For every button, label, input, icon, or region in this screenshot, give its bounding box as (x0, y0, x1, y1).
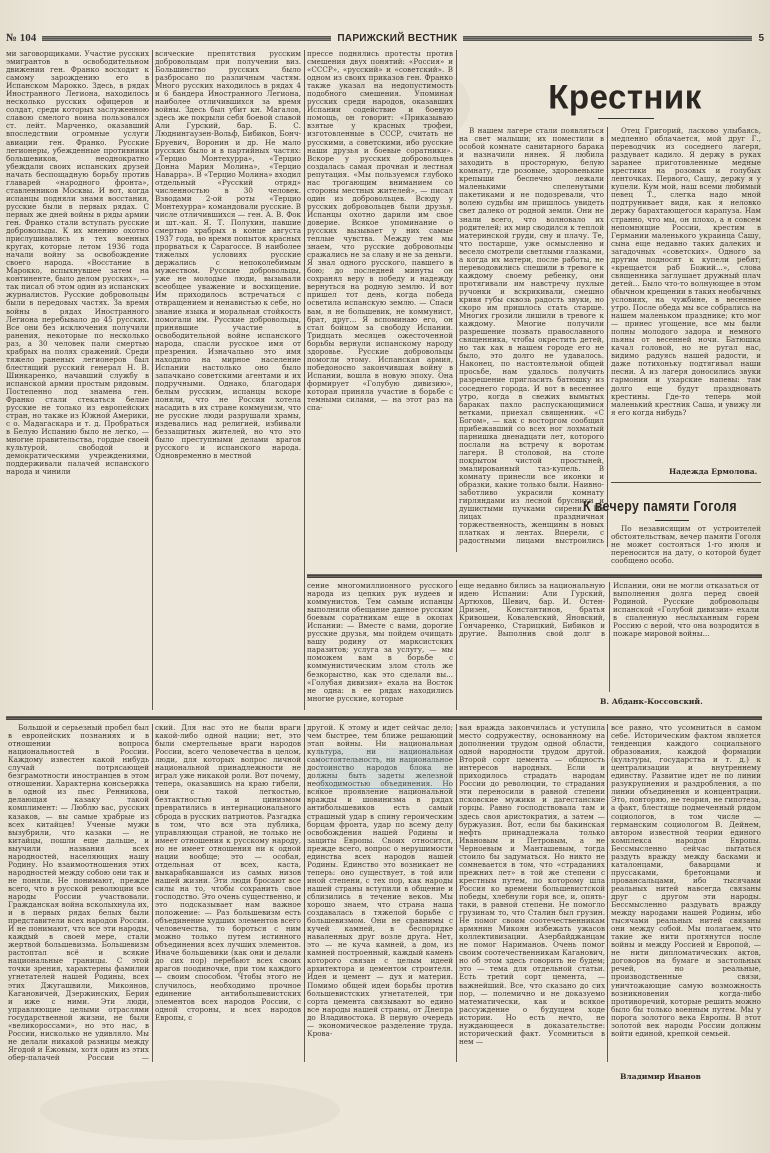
column-divider (456, 580, 457, 710)
bottom-article-signature: Владимир Иванов (620, 1072, 701, 1081)
column-divider (456, 724, 457, 1062)
newspaper-page: № 104 ПАРИЖСКИЙ ВЕСТНИК 5 ми заговорщика… (0, 0, 770, 1153)
krestnik-signature: Надежда Ермолова. (669, 467, 757, 476)
top-article-column-2: всяческие препятствия русским добровольц… (155, 50, 301, 710)
article-text: всяческие препятствия русским добровольц… (155, 50, 301, 460)
krestnik-column-1: В нашем лагере стали появляться на свет … (459, 127, 604, 547)
page-number: 5 (758, 33, 764, 44)
bottom-article-column-1: Большой и серьезный пробел был в европей… (8, 724, 149, 1062)
article-text: все равно, что усомниться в самом себе. … (611, 724, 761, 1038)
bottom-article-column-5: все равно, что усомниться в самом себе. … (611, 724, 761, 1064)
top-article-column-3: прессе поднялись протесты против смешени… (307, 50, 453, 548)
masthead-rule-right (463, 36, 752, 41)
newspaper-title: ПАРИЖСКИЙ ВЕСТНИК (337, 33, 457, 44)
title-underline (655, 520, 689, 521)
story-text: Отец Григорий, ласково улыбаясь, медленн… (611, 127, 761, 417)
article-signature: В. Абданк-Коссовский. (600, 697, 703, 706)
article-text: ми заговорщиками. Участие русских эмигра… (6, 50, 149, 476)
article-text: сение многомиллионного русского народа и… (307, 582, 453, 703)
top-article-continuation-column-2: еще недавно бились за национальную идею … (459, 582, 759, 692)
column-divider (152, 724, 153, 1062)
top-article-column-1: ми заговорщиками. Участие русских эмигра… (6, 50, 149, 710)
column-divider (304, 50, 305, 710)
krestnik-title: Крестник (500, 77, 750, 117)
notice-text: По независящим от устроителей обстоятель… (611, 525, 761, 565)
paper-stain (40, 1080, 340, 1140)
story-text: В нашем лагере стали появляться на свет … (459, 127, 604, 547)
section-rule (6, 716, 762, 720)
article-text: еще недавно бились за национальную идею … (459, 582, 759, 638)
section-divider (611, 482, 761, 483)
bottom-article-column-2: ский. Для нас это не были враги какой-ли… (155, 724, 301, 1062)
issue-number: № 104 (6, 32, 36, 44)
title-underline (598, 118, 654, 119)
article-text: Большой и серьезный пробел был в европей… (8, 724, 149, 1062)
column-divider (304, 724, 305, 1062)
masthead: № 104 ПАРИЖСКИЙ ВЕСТНИК 5 (6, 30, 764, 46)
article-text: ский. Для нас это не были враги какой-ли… (155, 724, 301, 1022)
article-text: вая вражда закончилась и уступила место … (459, 724, 605, 1046)
bottom-article-column-4: вая вражда закончилась и уступила место … (459, 724, 605, 1062)
gogol-notice-title: К вечеру памяти Гоголя (578, 498, 742, 515)
krestnik-column-2: Отец Григорий, ласково улыбаясь, медленн… (611, 127, 761, 462)
gogol-notice-text: По независящим от устроителей обстоятель… (611, 525, 761, 569)
column-divider (456, 50, 457, 552)
top-article-continuation-column-1: сение многомиллионного русского народа и… (307, 582, 453, 710)
column-divider (607, 127, 608, 547)
column-divider (152, 50, 153, 710)
column-divider (607, 724, 608, 1062)
section-rule (307, 574, 762, 578)
masthead-rule-left (42, 36, 331, 41)
article-text: прессе поднялись протесты против смешени… (307, 50, 453, 412)
highlighted-passage (318, 748, 451, 789)
